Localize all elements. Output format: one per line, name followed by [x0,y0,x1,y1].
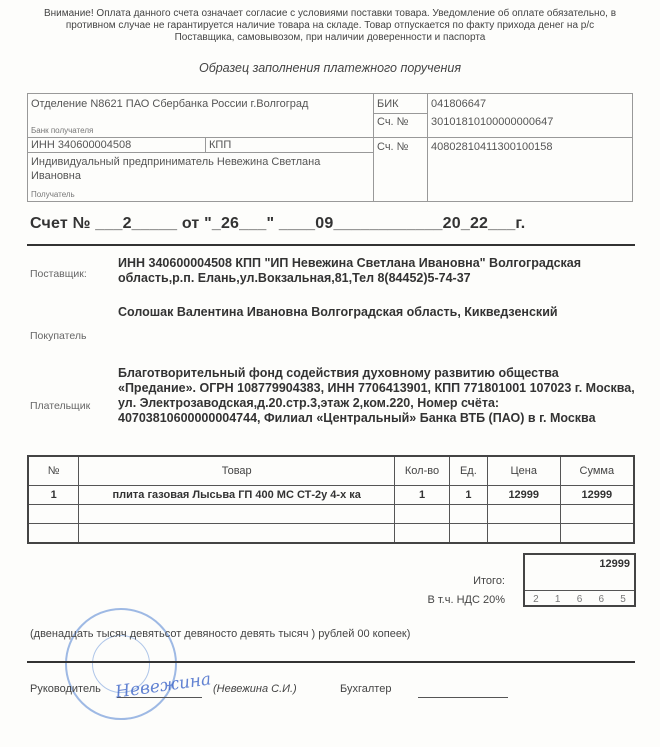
cell-quantity [395,505,450,524]
sample-title: Образец заполнения платежного поручения [0,61,660,75]
cell-number [28,524,79,544]
inn-value: ИНН 340600004508 [31,139,131,151]
vat-digit: 2 [533,594,539,605]
cell-sum [560,524,634,544]
vat-digits: 2 1 6 6 5 [525,594,634,605]
total-value: 12999 [599,558,630,570]
bank-label: Банк получателя [31,126,93,135]
kpp-label: КПП [209,139,231,151]
col-header-unit: Ед. [449,456,487,486]
bank-name: Отделение N8621 ПАО Сбербанка России г.В… [31,98,308,110]
goods-table: № Товар Кол-во Ед. Цена Сумма 1 плита га… [27,455,635,544]
cell-quantity: 1 [395,486,450,505]
account-label: Сч. № [377,141,408,153]
director-name: (Невежина С.И.) [213,683,297,695]
supplier-label: Поставщик: [30,268,87,280]
cell-unit [449,524,487,544]
cell-price: 12999 [487,486,560,505]
payer-value: Благотворительный фонд содействия духовн… [118,366,638,426]
amount-in-words: (двенадцать тысяч девятьсот девяносто де… [30,628,410,640]
cell-product: плита газовая Лысьва ГП 400 МС СТ-2у 4-х… [79,486,395,505]
vat-digit: 6 [599,594,605,605]
table-header-row: № Товар Кол-во Ед. Цена Сумма [28,456,634,486]
director-label: Руководитель [30,683,101,695]
vat-digit: 1 [555,594,561,605]
cell-unit [449,505,487,524]
col-header-sum: Сумма [560,456,634,486]
accountant-label: Бухгалтер [340,683,391,695]
corr-account-label: Сч. № [377,116,408,128]
bank-requisites-table: Отделение N8621 ПАО Сбербанка России г.В… [27,93,633,202]
cell-price [487,524,560,544]
bik-label: БИК [377,98,399,110]
vat-digit: 5 [620,594,626,605]
table-row: 1 плита газовая Лысьва ГП 400 МС СТ-2у 4… [28,486,634,505]
col-header-product: Товар [79,456,395,486]
col-header-number: № [28,456,79,486]
invoice-title: Счет № ___2_____ от "_26___" ____09_____… [30,215,525,233]
bik-value: 041806647 [431,98,486,110]
cell-product [79,524,395,544]
table-row [28,505,634,524]
total-label: Итого: [345,575,505,587]
cell-number [28,505,79,524]
cell-number: 1 [28,486,79,505]
totals-divider [525,590,634,591]
supplier-value: ИНН 340600004508 КПП "ИП Невежина Светла… [118,256,638,286]
cell-price [487,505,560,524]
col-header-quantity: Кол-во [395,456,450,486]
buyer-value: Солошак Валентина Ивановна Волгоградская… [118,305,638,320]
col-header-price: Цена [487,456,560,486]
amount-divider [27,661,635,663]
payment-notice: Внимание! Оплата данного счета означает … [40,8,620,44]
cell-unit: 1 [449,486,487,505]
vat-digit: 6 [577,594,583,605]
accountant-signature-line [418,697,508,698]
totals-box: 12999 2 1 6 6 5 [523,553,636,607]
vat-label: В т.ч. НДС 20% [345,594,505,606]
account-value: 40802810411300100158 [431,141,553,153]
buyer-label: Покупатель [30,330,86,342]
payer-label: Плательщик [30,400,90,412]
recipient-label: Получатель [31,190,75,199]
cell-sum: 12999 [560,486,634,505]
cell-sum [560,505,634,524]
payer-clip: Благотворительный фонд содействия духовн… [118,366,638,443]
table-row [28,524,634,544]
cell-product [79,505,395,524]
corr-account-value: 30101810100000000647 [431,116,553,128]
recipient-name: Индивидуальный предприниматель Невежина … [31,155,371,183]
title-divider [27,244,635,246]
cell-quantity [395,524,450,544]
